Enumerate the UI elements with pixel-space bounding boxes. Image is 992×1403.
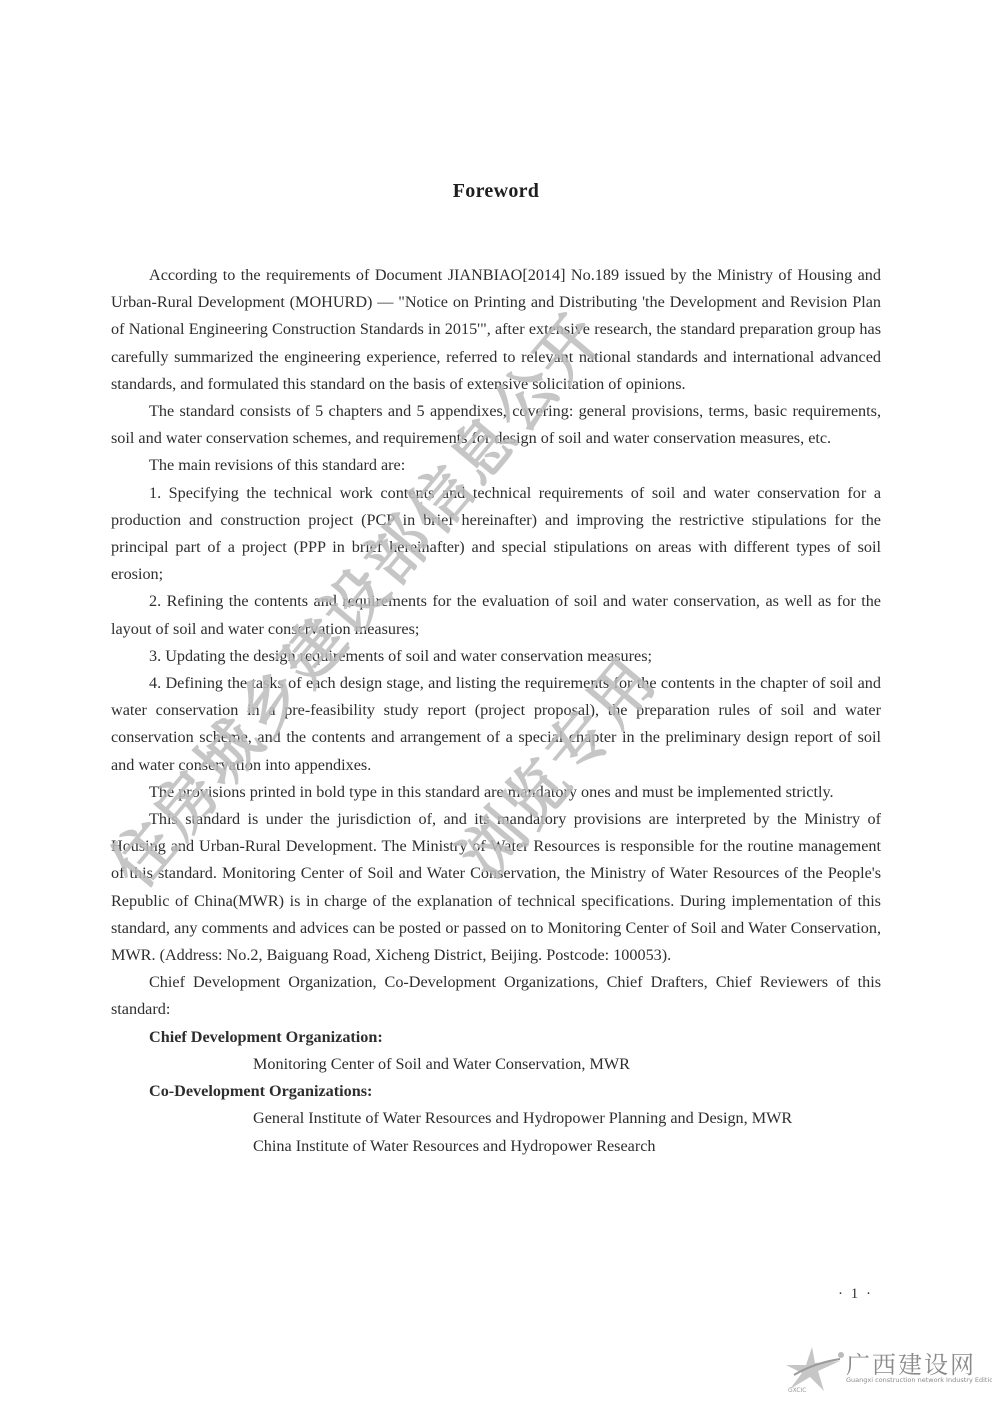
co-development-heading: Co-Development Organizations: xyxy=(111,1078,881,1105)
svg-text:GXCIC: GXCIC xyxy=(788,1387,806,1394)
star-logo-icon: GXCIC xyxy=(784,1345,844,1395)
paragraph-jurisdiction: This standard is under the jurisdiction … xyxy=(111,806,881,969)
chief-development-heading: Chief Development Organization: xyxy=(111,1024,881,1051)
revision-item-2: 2. Refining the contents and requirement… xyxy=(111,588,881,642)
paragraph-revisions-intro: The main revisions of this standard are: xyxy=(111,452,881,479)
paragraph-mandatory: The provisions printed in bold type in t… xyxy=(111,779,881,806)
chief-development-org: Monitoring Center of Soil and Water Cons… xyxy=(111,1051,881,1078)
co-development-org: China Institute of Water Resources and H… xyxy=(111,1133,881,1160)
co-development-org: General Institute of Water Resources and… xyxy=(111,1105,881,1132)
site-logo[interactable]: GXCIC 广西建设网 Guangxi construction network… xyxy=(784,1345,984,1395)
revision-item-1: 1. Specifying the technical work content… xyxy=(111,480,881,589)
document-page: Foreword According to the requirements o… xyxy=(0,0,992,1403)
page-number: · 1 · xyxy=(838,1286,873,1303)
paragraph-structure: The standard consists of 5 chapters and … xyxy=(111,398,881,452)
document-body: According to the requirements of Documen… xyxy=(111,262,881,1160)
paragraph-organizations-intro: Chief Development Organization, Co-Devel… xyxy=(111,969,881,1023)
revision-item-3: 3. Updating the design requirements of s… xyxy=(111,643,881,670)
logo-subtitle: Guangxi construction network Industry Ed… xyxy=(846,1376,992,1384)
page-title: Foreword xyxy=(0,180,992,203)
paragraph-intro: According to the requirements of Documen… xyxy=(111,262,881,398)
logo-name: 广西建设网 xyxy=(846,1345,976,1380)
revision-item-4: 4. Defining the tasks of each design sta… xyxy=(111,670,881,779)
